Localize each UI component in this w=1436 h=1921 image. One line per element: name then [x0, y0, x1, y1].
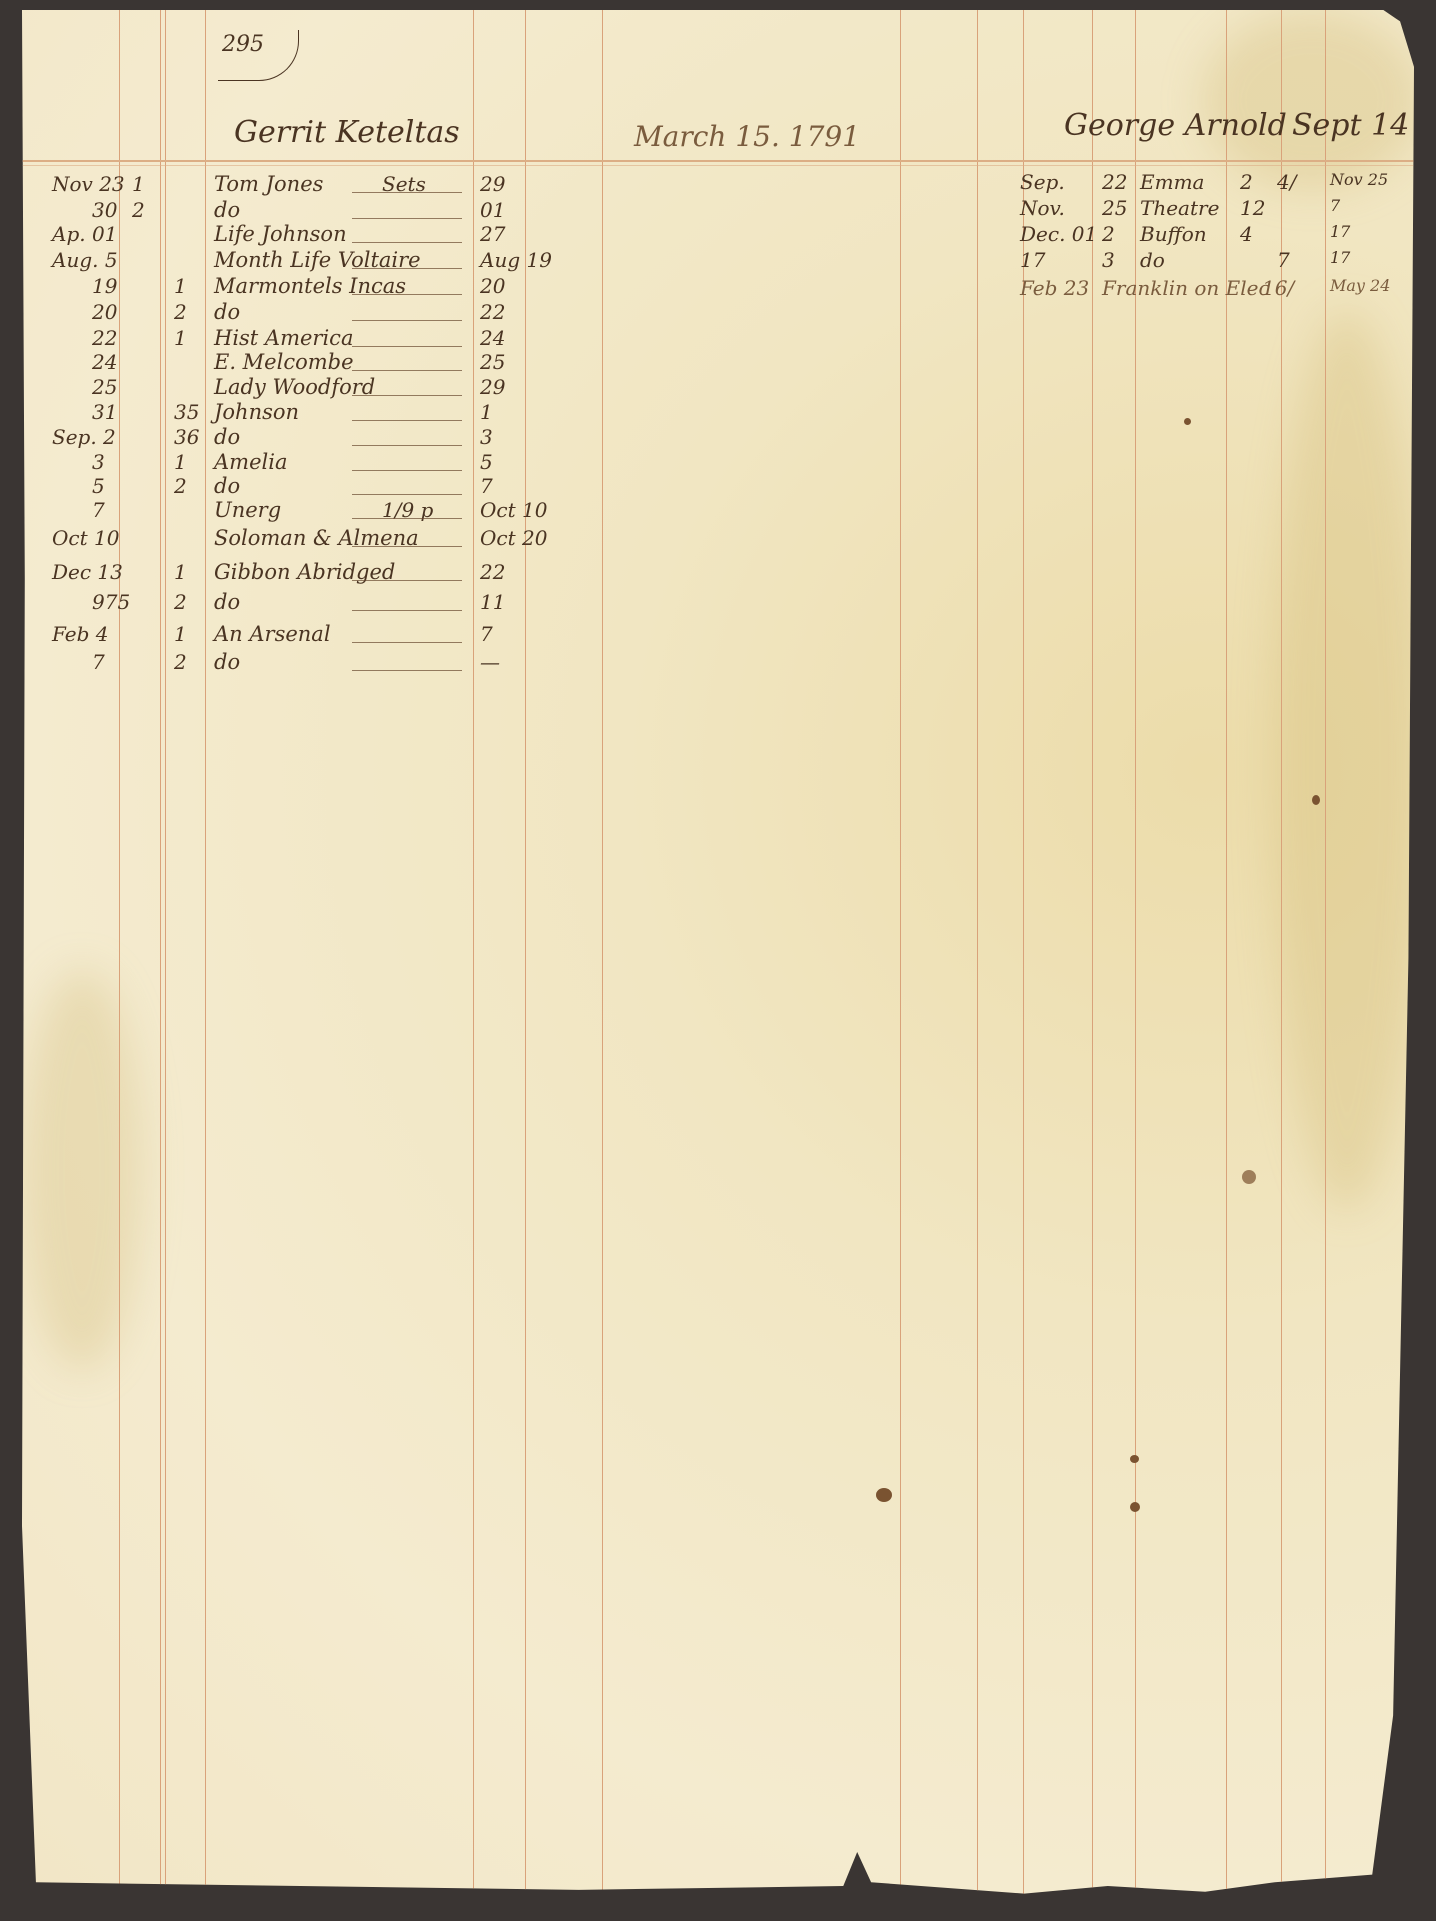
entry-title: An Arsenal [214, 622, 331, 646]
entry-returned: 01 [480, 198, 505, 222]
entry-date: 7 [92, 498, 105, 522]
entry-leader-line [352, 494, 462, 495]
entry-date: Feb 4 [52, 622, 109, 646]
entry-returned: 17 [1330, 222, 1350, 241]
entry-date: 30 [92, 198, 117, 222]
entry-returned: May 24 [1330, 276, 1390, 295]
entry-leader-line [352, 470, 462, 471]
entry-leader-line [352, 218, 462, 219]
entry-month: Dec. 01 [1020, 222, 1097, 246]
entry-number: 2 [174, 650, 187, 674]
entry-returned: Nov 25 [1330, 170, 1388, 189]
entry-date: 24 [92, 350, 117, 374]
entry-title: do [214, 425, 240, 449]
header-rule [22, 165, 1414, 166]
entry-returned: 22 [480, 300, 505, 324]
rule-line [1092, 10, 1093, 1905]
entry-month: Nov. [1020, 196, 1065, 220]
entry-number: 2 [174, 474, 187, 498]
entry-date: Aug. 5 [52, 248, 118, 272]
entry-date: 3 [92, 450, 105, 474]
entry-leader-line [352, 518, 462, 519]
entry-number: 35 [174, 400, 199, 424]
entry-returned: 3 [480, 425, 493, 449]
entry-number: 1 [174, 450, 187, 474]
entry-returned: Oct 20 [480, 526, 547, 550]
entry-returned: 27 [480, 222, 505, 246]
entry-returned: 20 [480, 274, 505, 298]
entry-number: 1 [174, 326, 187, 350]
entry-leader-line [352, 420, 462, 421]
entry-leader-line [352, 546, 462, 547]
ink-stain [1130, 1502, 1140, 1512]
entry-returned: 22 [480, 560, 505, 584]
entry-title: Life Johnson [214, 222, 347, 246]
entry-day: 3 [1102, 248, 1115, 272]
entry-leader-line [352, 242, 462, 243]
entry-number: 1 [174, 274, 187, 298]
entry-title: Amelia [214, 450, 287, 474]
entry-returned: 29 [480, 172, 505, 196]
rule-line [900, 10, 901, 1905]
entry-number: 1 [174, 560, 187, 584]
entry-returned: 17 [1330, 248, 1350, 267]
entry-leader-line [352, 370, 462, 371]
entry-leader-line [352, 268, 462, 269]
entry-date: 5 [92, 474, 105, 498]
rule-line [473, 10, 474, 1905]
entry-number: 1 [174, 622, 187, 646]
entry-returned: 5 [480, 450, 493, 474]
entry-title: E. Melcombe [214, 350, 354, 374]
entry-title: Hist America [214, 326, 353, 350]
entry-date: Sep. 2 [52, 425, 116, 449]
entry-returned: 11 [480, 590, 505, 614]
entry-returned: Oct 10 [480, 498, 547, 522]
ink-stain [1130, 1455, 1139, 1463]
entry-date: Dec 13 [52, 560, 123, 584]
entry-leader-line [352, 642, 462, 643]
entry-date: 20 [92, 300, 117, 324]
entry-leader-line [352, 580, 462, 581]
entry-paid: 7 [1277, 248, 1290, 272]
entry-title: Buffon [1140, 222, 1207, 246]
ink-stain [876, 1488, 892, 1502]
entry-returned: 24 [480, 326, 505, 350]
rule-line [205, 10, 206, 1905]
entry-month: 17 [1020, 248, 1045, 272]
entry-returned: 7 [480, 474, 493, 498]
entry-returned: 25 [480, 350, 505, 374]
entry-title: do [214, 198, 240, 222]
entry-leader-line [352, 320, 462, 321]
rule-line [119, 10, 120, 1905]
rule-line [160, 10, 161, 1905]
rule-line [1325, 10, 1326, 1905]
left-date-header: March 15. 1791 [634, 120, 860, 153]
entry-title: Unerg [214, 498, 281, 522]
entry-leader-line [352, 670, 462, 671]
right-account-name: George Arnold [1064, 108, 1287, 143]
entry-title: Emma [1140, 170, 1204, 194]
entry-date: 19 [92, 274, 117, 298]
entry-returned: 7 [1330, 196, 1340, 215]
entry-title: do [214, 474, 240, 498]
entry-title: Johnson [214, 400, 299, 424]
rule-line [602, 10, 603, 1905]
entry-date: 31 [92, 400, 117, 424]
entry-number: 36 [174, 425, 199, 449]
entry-volume: 4 [1240, 222, 1253, 246]
entry-returned: — [480, 650, 500, 674]
entry-volume: 12 [1240, 196, 1265, 220]
entry-returned: Aug 19 [480, 248, 552, 272]
entry-leader-line [352, 395, 462, 396]
entry-leader-line [352, 445, 462, 446]
ledger-page: 295 Gerrit Keteltas March 15. 1791 Georg… [22, 10, 1414, 1905]
entry-leader-line [352, 192, 462, 193]
rule-line [977, 10, 978, 1905]
entry-day: 25 [1102, 196, 1127, 220]
entry-number: 2 [174, 590, 187, 614]
entry-day: 2 [1102, 222, 1115, 246]
ink-stain [1184, 418, 1191, 425]
rule-line [525, 10, 526, 1905]
entry-title: Tom Jones [214, 172, 323, 196]
entry-leader-line [352, 294, 462, 295]
entry-volume: 1 [132, 172, 145, 196]
entry-title: Franklin on Elec [1102, 276, 1270, 300]
entry-date: Ap. 01 [52, 222, 117, 246]
entry-title: Theatre [1140, 196, 1219, 220]
entry-volume: 2 [1240, 170, 1253, 194]
left-account-name: Gerrit Keteltas [234, 115, 460, 150]
rule-line [165, 10, 166, 1905]
entry-date: 22 [92, 326, 117, 350]
entry-month: Sep. [1020, 170, 1065, 194]
entry-date: 25 [92, 375, 117, 399]
entry-month: Feb 23 [1020, 276, 1089, 300]
ink-stain [1242, 1170, 1256, 1184]
entry-leader-line [352, 610, 462, 611]
entry-date: 975 [92, 590, 130, 614]
entry-title: do [214, 300, 240, 324]
entry-returned: 7 [480, 622, 493, 646]
entry-volume: 2 [132, 198, 145, 222]
entry-volume: 16/ [1262, 276, 1294, 300]
entry-date: Oct 10 [52, 526, 119, 550]
entry-paid: 4/ [1277, 170, 1296, 194]
entry-date: Nov 23 [52, 172, 125, 196]
ink-stain [1312, 795, 1320, 805]
entry-leader-line [352, 346, 462, 347]
entry-title: do [214, 590, 240, 614]
entry-number: 2 [174, 300, 187, 324]
entry-title: do [1140, 248, 1165, 272]
entry-returned: 29 [480, 375, 505, 399]
entry-day: 22 [1102, 170, 1127, 194]
page-number-flourish [218, 30, 299, 81]
right-date-header: Sept 14 [1292, 108, 1409, 143]
entry-returned: 1 [480, 400, 493, 424]
entry-date: 7 [92, 650, 105, 674]
entry-title: do [214, 650, 240, 674]
header-rule [22, 160, 1414, 162]
